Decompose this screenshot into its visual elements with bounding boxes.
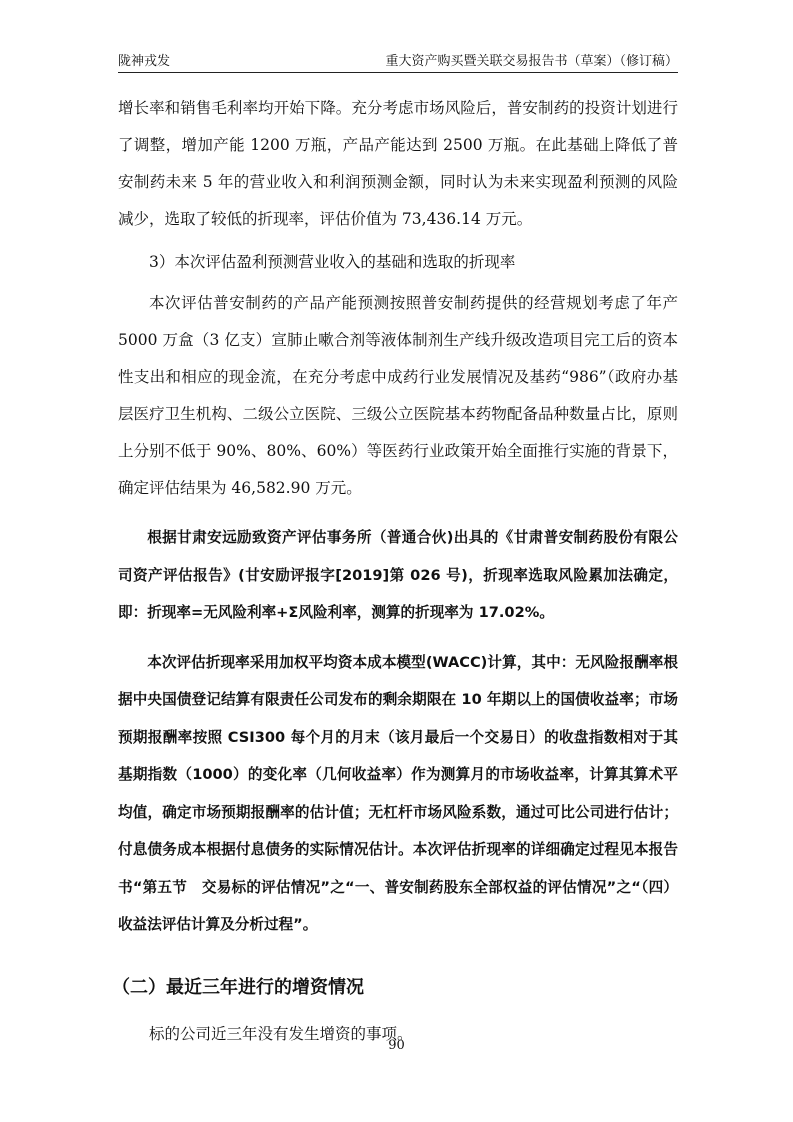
spacer	[118, 632, 678, 644]
page-body: 增长率和销售毛利率均开始下降。充分考虑市场风险后，普安制药的投资计划进行了调整，…	[118, 90, 678, 1053]
section-heading: （二）最近三年进行的增资情况	[112, 974, 678, 1002]
paragraph-capacity-forecast: 本次评估普安制药的产品产能预测按照普安制药提供的经营规划考虑了年产 5000 万…	[118, 285, 678, 507]
paragraph-discount-rate-basis: 根据甘肃安远励致资产评估事务所（普通合伙)出具的《甘肃普安制药股份有限公司资产评…	[118, 519, 678, 632]
page-header: 陇神戎发 重大资产购买暨关联交易报告书（草案）（修订稿）	[118, 52, 678, 73]
subsection-label: 3）本次评估盈利预测营业收入的基础和选取的折现率	[118, 244, 678, 281]
header-company: 陇神戎发	[118, 52, 170, 72]
paragraph-continuation: 增长率和销售毛利率均开始下降。充分考虑市场风险后，普安制药的投资计划进行了调整，…	[118, 90, 678, 238]
page-number: 90	[0, 1038, 793, 1053]
paragraph-wacc: 本次评估折现率采用加权平均资本成本模型(WACC)计算，其中：无风险报酬率根据中…	[118, 644, 678, 944]
header-doc-title: 重大资产购买暨关联交易报告书（草案）（修订稿）	[385, 52, 678, 72]
spacer	[118, 507, 678, 519]
